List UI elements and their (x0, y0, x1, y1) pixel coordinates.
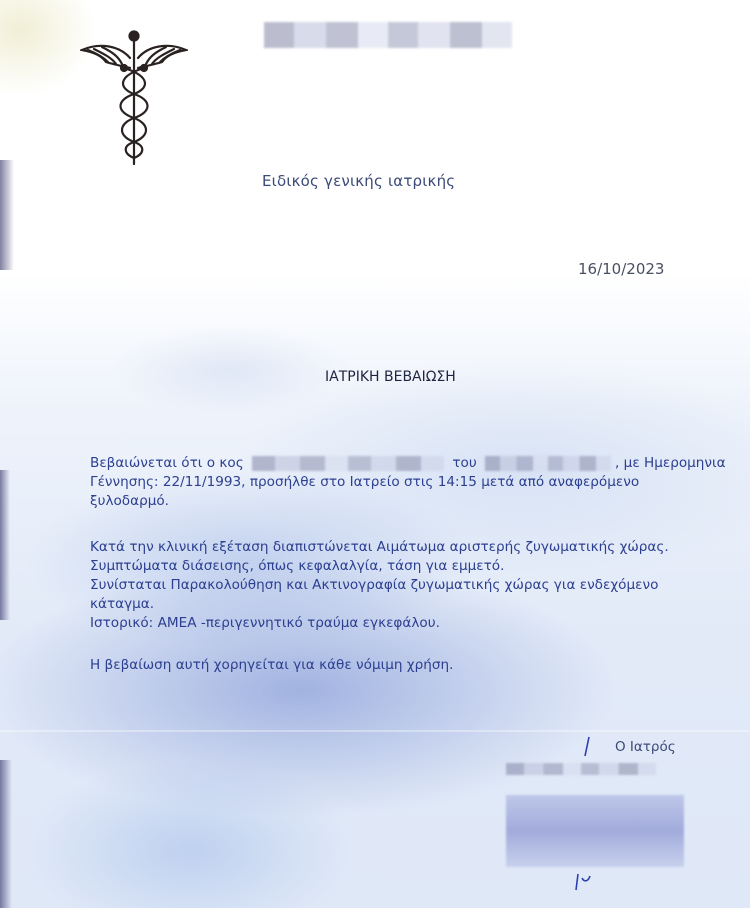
signatory-label: Ο Ιατρός (615, 739, 676, 755)
paper-edge-shadow (0, 760, 12, 908)
signature-stroke (582, 736, 592, 758)
document-title: ΙΑΤΡΙΚΗ ΒΕΒΑΙΩΣΗ (325, 369, 456, 385)
redacted-doctor-name (506, 763, 656, 775)
redacted-father-name (485, 456, 611, 471)
attestation-line-3: ξυλοδαρμό. (90, 492, 726, 511)
paper-fold (0, 730, 750, 732)
doctor-specialty: Ειδικός γενικής ιατρικής (262, 172, 455, 190)
caduceus-icon (80, 28, 188, 168)
redacted-practice-name (264, 22, 512, 48)
paper-edge-shadow (0, 470, 10, 620)
document-date: 16/10/2023 (578, 260, 664, 278)
clinical-findings-paragraph: Κατά την κλινική εξέταση διαπιστώνεται Α… (90, 538, 669, 633)
redacted-patient-name (252, 456, 444, 471)
findings-line: Συνίσταται Παρακολούθηση και Ακτινογραφί… (90, 576, 669, 595)
attestation-prefix: Βεβαιώνεται ότι ο κος (90, 455, 244, 471)
signature-stroke (572, 868, 596, 892)
history-line: Ιστορικό: ΑΜΕΑ -περιγεννητικό τραύμα εγκ… (90, 614, 669, 633)
attestation-paragraph: Βεβαιώνεται ότι ο κος του , με Ημερομηνι… (90, 454, 726, 511)
attestation-line-2: Γέννησης: 22/11/1993, προσήλθε στο Ιατρε… (90, 473, 726, 492)
findings-line: κάταγμα. (90, 595, 669, 614)
findings-line: Κατά την κλινική εξέταση διαπιστώνεται Α… (90, 538, 669, 557)
findings-line: Συμπτώματα διάσεισης, όπως κεφαλαλγία, τ… (90, 557, 669, 576)
attestation-line-1: Βεβαιώνεται ότι ο κος του , με Ημερομηνι… (90, 454, 726, 473)
closing-statement: Η βεβαίωση αυτή χορηγείται για κάθε νόμι… (90, 656, 453, 675)
redacted-stamp (506, 795, 684, 867)
attestation-of: του (452, 455, 476, 471)
paper-edge-shadow (0, 160, 14, 270)
attestation-suffix: , με Ημερομηνια (615, 455, 726, 471)
